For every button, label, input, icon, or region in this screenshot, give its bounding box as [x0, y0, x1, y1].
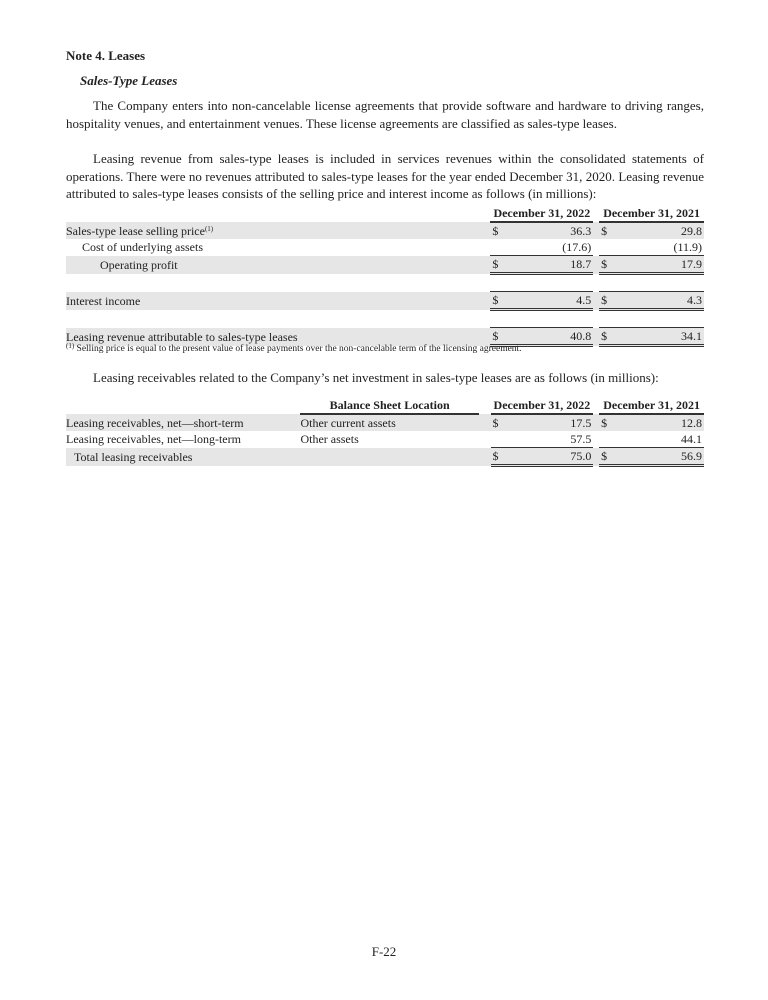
paragraph-leasing-revenue: Leasing revenue from sales-type leases i… [66, 150, 704, 203]
leasing-receivables-table: Balance Sheet Location December 31, 2022… [66, 397, 704, 467]
value-2022: 17.5 [506, 414, 593, 431]
value-2022: 4.5 [506, 292, 593, 310]
note-title: Note 4. Leases [66, 48, 145, 64]
table-row: Sales-type lease selling price(1) $ 36.3… [66, 222, 704, 239]
value-2021: 17.9 [615, 256, 704, 274]
value-2022: (17.6) [506, 239, 593, 256]
currency-symbol: $ [599, 222, 615, 239]
row-label: Sales-type lease selling price(1) [66, 222, 490, 239]
value-2021: 4.3 [615, 292, 704, 310]
table-footnote: (1) Selling price is equal to the presen… [66, 344, 522, 354]
page-number: F-22 [0, 944, 768, 960]
table-row: Cost of underlying assets (17.6) (11.9) [66, 239, 704, 256]
row-label: Operating profit [66, 256, 490, 274]
currency-symbol: $ [599, 256, 615, 274]
paragraph-leasing-receivables: Leasing receivables related to the Compa… [66, 369, 704, 387]
currency-symbol: $ [490, 222, 506, 239]
value-2022: 36.3 [506, 222, 593, 239]
currency-symbol: $ [490, 328, 506, 346]
table-row: Interest income $ 4.5 $ 4.3 [66, 292, 704, 310]
row-label: Leasing revenue attributable to sales-ty… [66, 328, 490, 346]
row-label: Interest income [66, 292, 490, 310]
value-2022: 75.0 [506, 448, 593, 466]
row-label: Cost of underlying assets [66, 239, 490, 256]
column-header-2021: December 31, 2021 [599, 397, 704, 414]
value-2022: 18.7 [506, 256, 593, 274]
value-2021: 34.1 [615, 328, 704, 346]
leasing-revenue-table: December 31, 2022 December 31, 2021 Sale… [66, 205, 704, 347]
table-row: Leasing revenue attributable to sales-ty… [66, 328, 704, 346]
currency-symbol: $ [490, 292, 506, 310]
currency-symbol: $ [599, 292, 615, 310]
column-header-2022: December 31, 2022 [491, 397, 594, 414]
balance-sheet-location: Other current assets [300, 414, 478, 431]
column-header-2021: December 31, 2021 [599, 205, 704, 222]
value-2021: 56.9 [615, 448, 704, 466]
currency-symbol: $ [490, 256, 506, 274]
row-label: Leasing receivables, net—short-term [66, 414, 289, 431]
currency-symbol: $ [491, 448, 507, 466]
currency-symbol: $ [599, 328, 615, 346]
currency-symbol: $ [599, 414, 615, 431]
table-row: Total leasing receivables $ 75.0 $ 56.9 [66, 448, 704, 466]
table-row: Leasing receivables, net—short-term Othe… [66, 414, 704, 431]
balance-sheet-location [300, 448, 478, 466]
currency-symbol: $ [599, 448, 615, 466]
table-row: Leasing receivables, net—long-term Other… [66, 431, 704, 448]
value-2021: 44.1 [615, 431, 704, 448]
value-2021: 12.8 [615, 414, 704, 431]
section-subheading: Sales-Type Leases [80, 73, 177, 89]
value-2022: 40.8 [506, 328, 593, 346]
row-label: Leasing receivables, net—long-term [66, 431, 289, 448]
table-header-row: Balance Sheet Location December 31, 2022… [66, 397, 704, 414]
value-2021: (11.9) [615, 239, 704, 256]
footnote-ref: (1) [205, 225, 213, 233]
table-row: Operating profit $ 18.7 $ 17.9 [66, 256, 704, 274]
footnote-marker: (1) [66, 342, 74, 350]
column-header-2022: December 31, 2022 [490, 205, 593, 222]
row-label: Total leasing receivables [66, 448, 289, 466]
value-2021: 29.8 [615, 222, 704, 239]
column-header-location: Balance Sheet Location [300, 397, 478, 414]
value-2022: 57.5 [506, 431, 593, 448]
currency-symbol: $ [491, 414, 507, 431]
table-header-row: December 31, 2022 December 31, 2021 [66, 205, 704, 222]
balance-sheet-location: Other assets [300, 431, 478, 448]
paragraph-license-agreements: The Company enters into non-cancelable l… [66, 97, 704, 132]
